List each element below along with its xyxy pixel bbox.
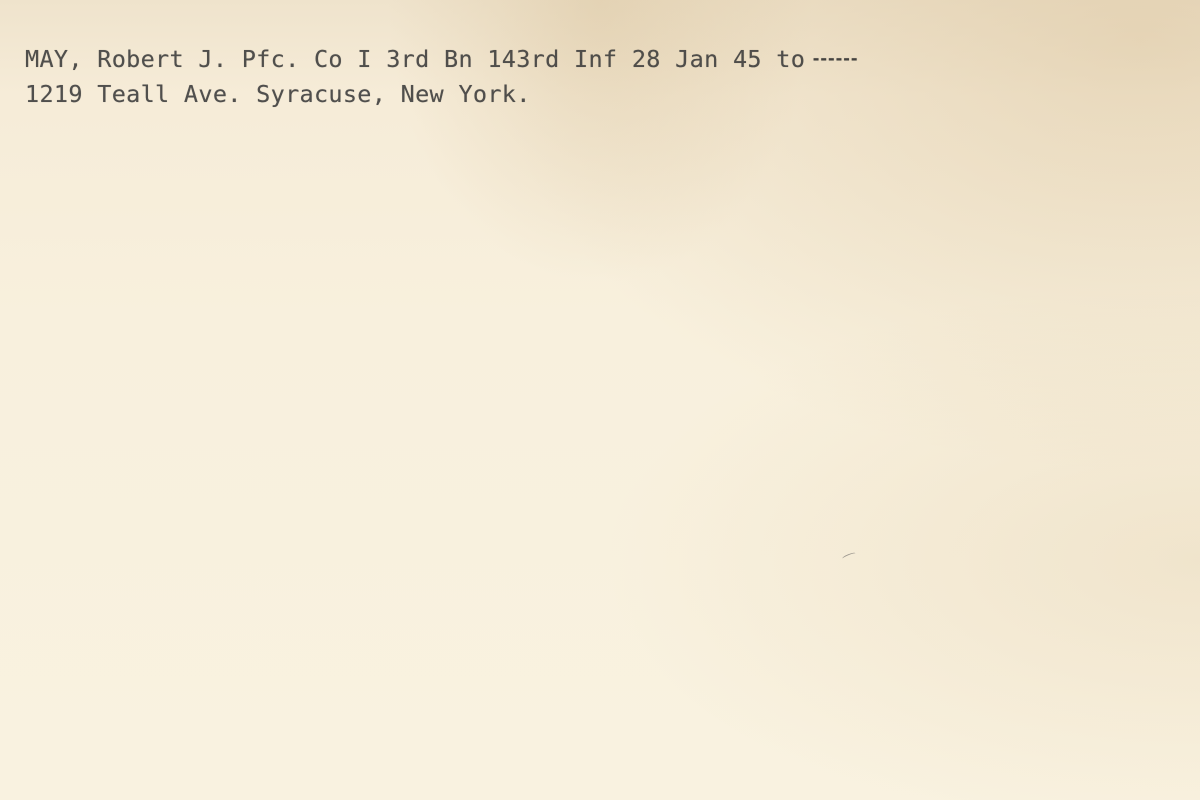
typed-dashes: ------ (811, 49, 857, 68)
record-line-name-unit-date: MAY, Robert J. Pfc. Co I 3rd Bn 143rd In… (25, 45, 857, 73)
record-line-address: 1219 Teall Ave. Syracuse, New York. (25, 80, 531, 108)
paper-mark (842, 552, 856, 561)
index-card: MAY, Robert J. Pfc. Co I 3rd Bn 143rd In… (0, 0, 1200, 800)
record-text: MAY, Robert J. Pfc. Co I 3rd Bn 143rd In… (25, 45, 805, 73)
